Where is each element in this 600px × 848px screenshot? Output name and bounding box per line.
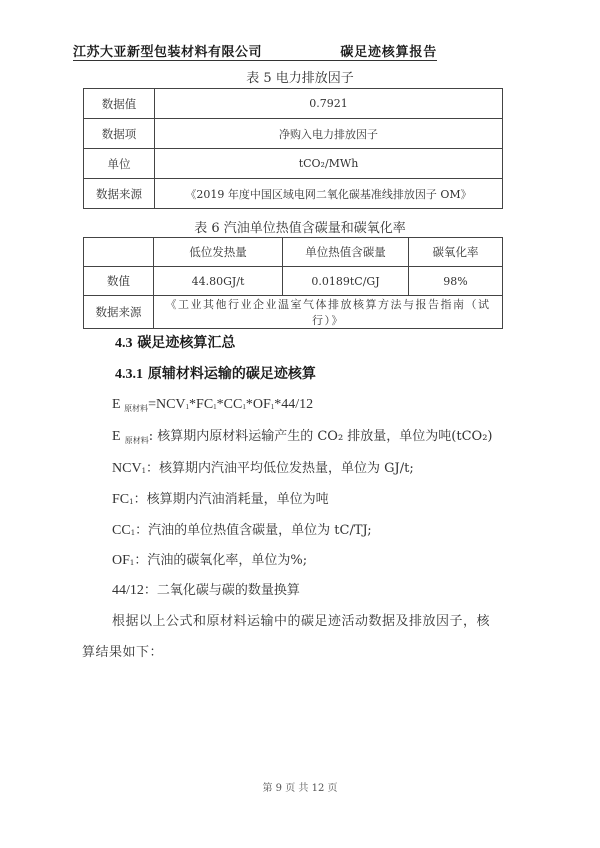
table-row: 单位 tCO₂/MWh	[84, 149, 503, 179]
definition-cc: CC1：汽油的单位热值含碳量，单位为 tC/TJ;	[112, 519, 372, 539]
definition-ncv: NCV1：核算期内汽油平均低位发热量，单位为 GJ/t;	[112, 457, 414, 477]
table-row: 数据值 0.7921	[84, 89, 503, 119]
definition-e: E 原材料: 核算期内原材料运输产生的 CO₂ 排放量，单位为吨(tCO₂)	[112, 425, 492, 446]
table-row: 数据来源 《工业其他行业企业温室气体排放核算方法与报告指南（试行）》	[84, 296, 503, 329]
table6-caption: 表 6 汽油单位热值含碳量和碳氧化率	[0, 217, 600, 236]
heading-4-3: 4.3 碳足迹核算汇总	[115, 332, 235, 352]
company-name: 江苏大亚新型包装材料有限公司	[73, 41, 262, 60]
paragraph-line-1: 根据以上公式和原材料运输中的碳足迹活动数据及排放因子，核	[112, 610, 490, 629]
row-value: 净购入电力排放因子	[155, 119, 503, 149]
header-cell	[84, 238, 154, 267]
heading-4-3-1: 4.3.1 原辅材料运输的碳足迹核算	[115, 363, 316, 383]
cell-value: 0.0189tC/GJ	[283, 267, 409, 296]
row-label: 数据来源	[84, 179, 155, 209]
table-electricity-emission-factor: 数据值 0.7921 数据项 净购入电力排放因子 单位 tCO₂/MWh 数据来…	[83, 88, 503, 209]
page-number: 第 9 页 共 12 页	[0, 779, 600, 794]
table-gasoline-factors: 低位发热量 单位热值含碳量 碳氧化率 数值 44.80GJ/t 0.0189tC…	[83, 237, 503, 329]
row-label: 数据值	[84, 89, 155, 119]
cell-value: 44.80GJ/t	[154, 267, 283, 296]
definition-fc: FC1：核算期内汽油消耗量，单位为吨	[112, 488, 329, 508]
header-cell: 低位发热量	[154, 238, 283, 267]
row-label: 单位	[84, 149, 155, 179]
definition-of: OF1：汽油的碳氧化率，单位为%;	[112, 549, 307, 569]
header-cell: 碳氧化率	[409, 238, 503, 267]
formula: E 原材料=NCV1*FC1*CC1*OF1*44/12	[112, 397, 313, 414]
cell-value: 《工业其他行业企业温室气体排放核算方法与报告指南（试行）》	[154, 296, 503, 329]
paragraph-line-2: 算结果如下：	[82, 641, 163, 660]
table-row: 数据项 净购入电力排放因子	[84, 119, 503, 149]
page-header: 江苏大亚新型包装材料有限公司 碳足迹核算报告	[73, 40, 437, 61]
definition-44-12: 44/12：二氧化碳与碳的数量换算	[112, 579, 300, 599]
row-value: 0.7921	[155, 89, 503, 119]
table-row: 数值 44.80GJ/t 0.0189tC/GJ 98%	[84, 267, 503, 296]
row-label: 数值	[84, 267, 154, 296]
row-value: 《2019 年度中国区域电网二氧化碳基准线排放因子 OM》	[155, 179, 503, 209]
row-label: 数据来源	[84, 296, 154, 329]
cell-value: 98%	[409, 267, 503, 296]
row-label: 数据项	[84, 119, 155, 149]
table-header-row: 低位发热量 单位热值含碳量 碳氧化率	[84, 238, 503, 267]
table-row: 数据来源 《2019 年度中国区域电网二氧化碳基准线排放因子 OM》	[84, 179, 503, 209]
row-value: tCO₂/MWh	[155, 149, 503, 179]
report-title: 碳足迹核算报告	[340, 41, 437, 60]
table5-caption: 表 5 电力排放因子	[0, 67, 600, 86]
header-cell: 单位热值含碳量	[283, 238, 409, 267]
